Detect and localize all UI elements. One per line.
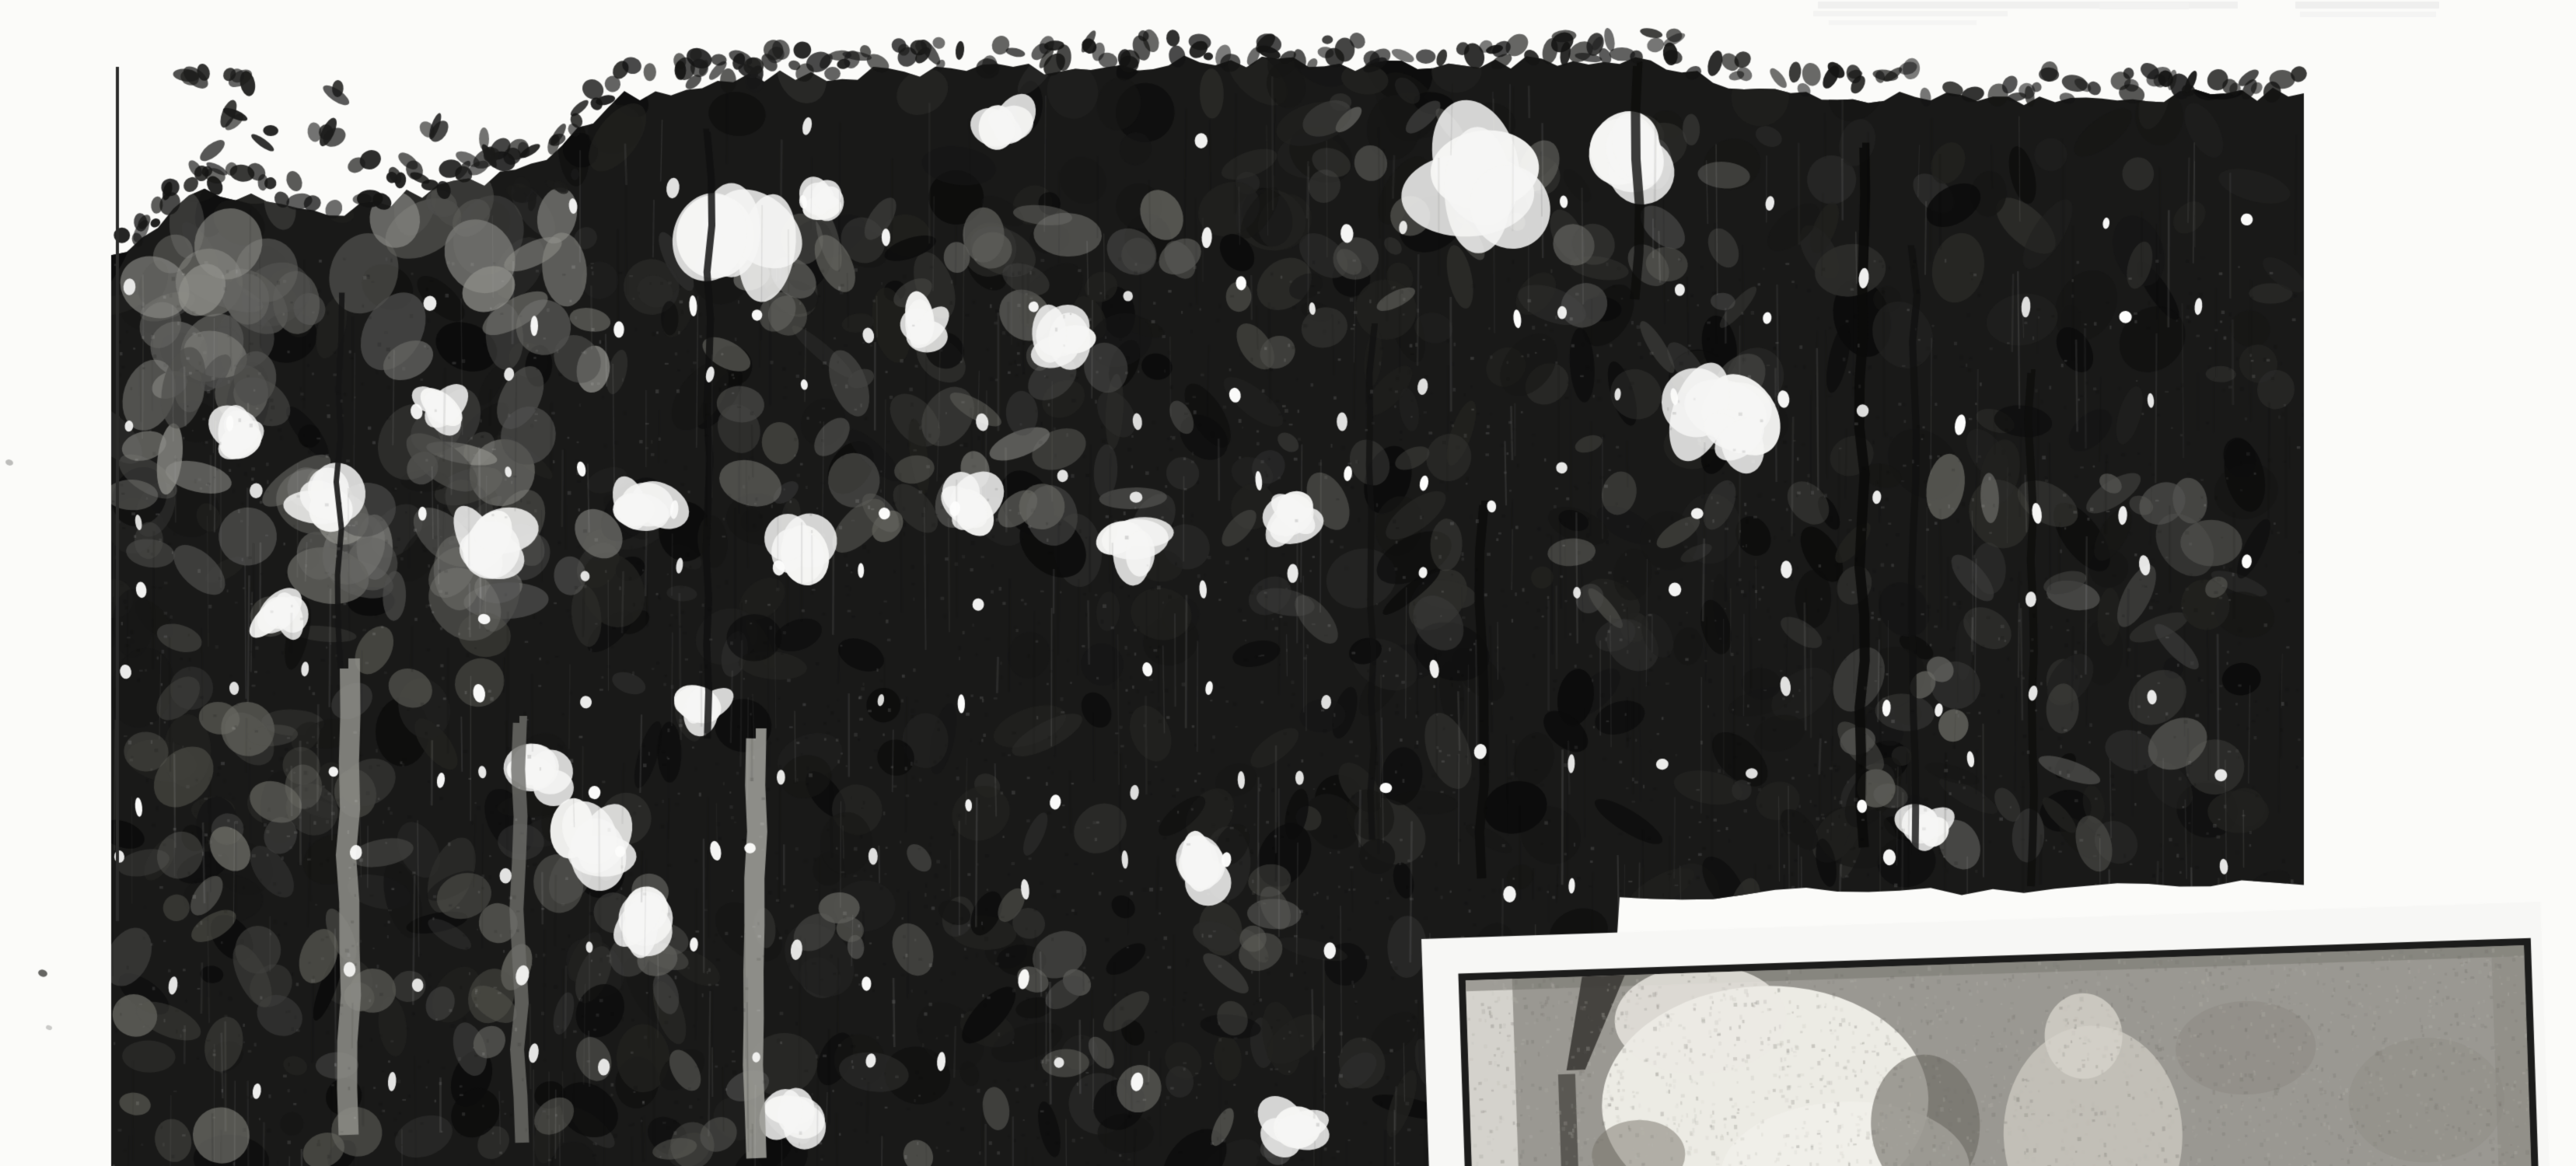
- halftone-photo-canvas: [0, 0, 2576, 1166]
- scanned-page: [0, 0, 2576, 1166]
